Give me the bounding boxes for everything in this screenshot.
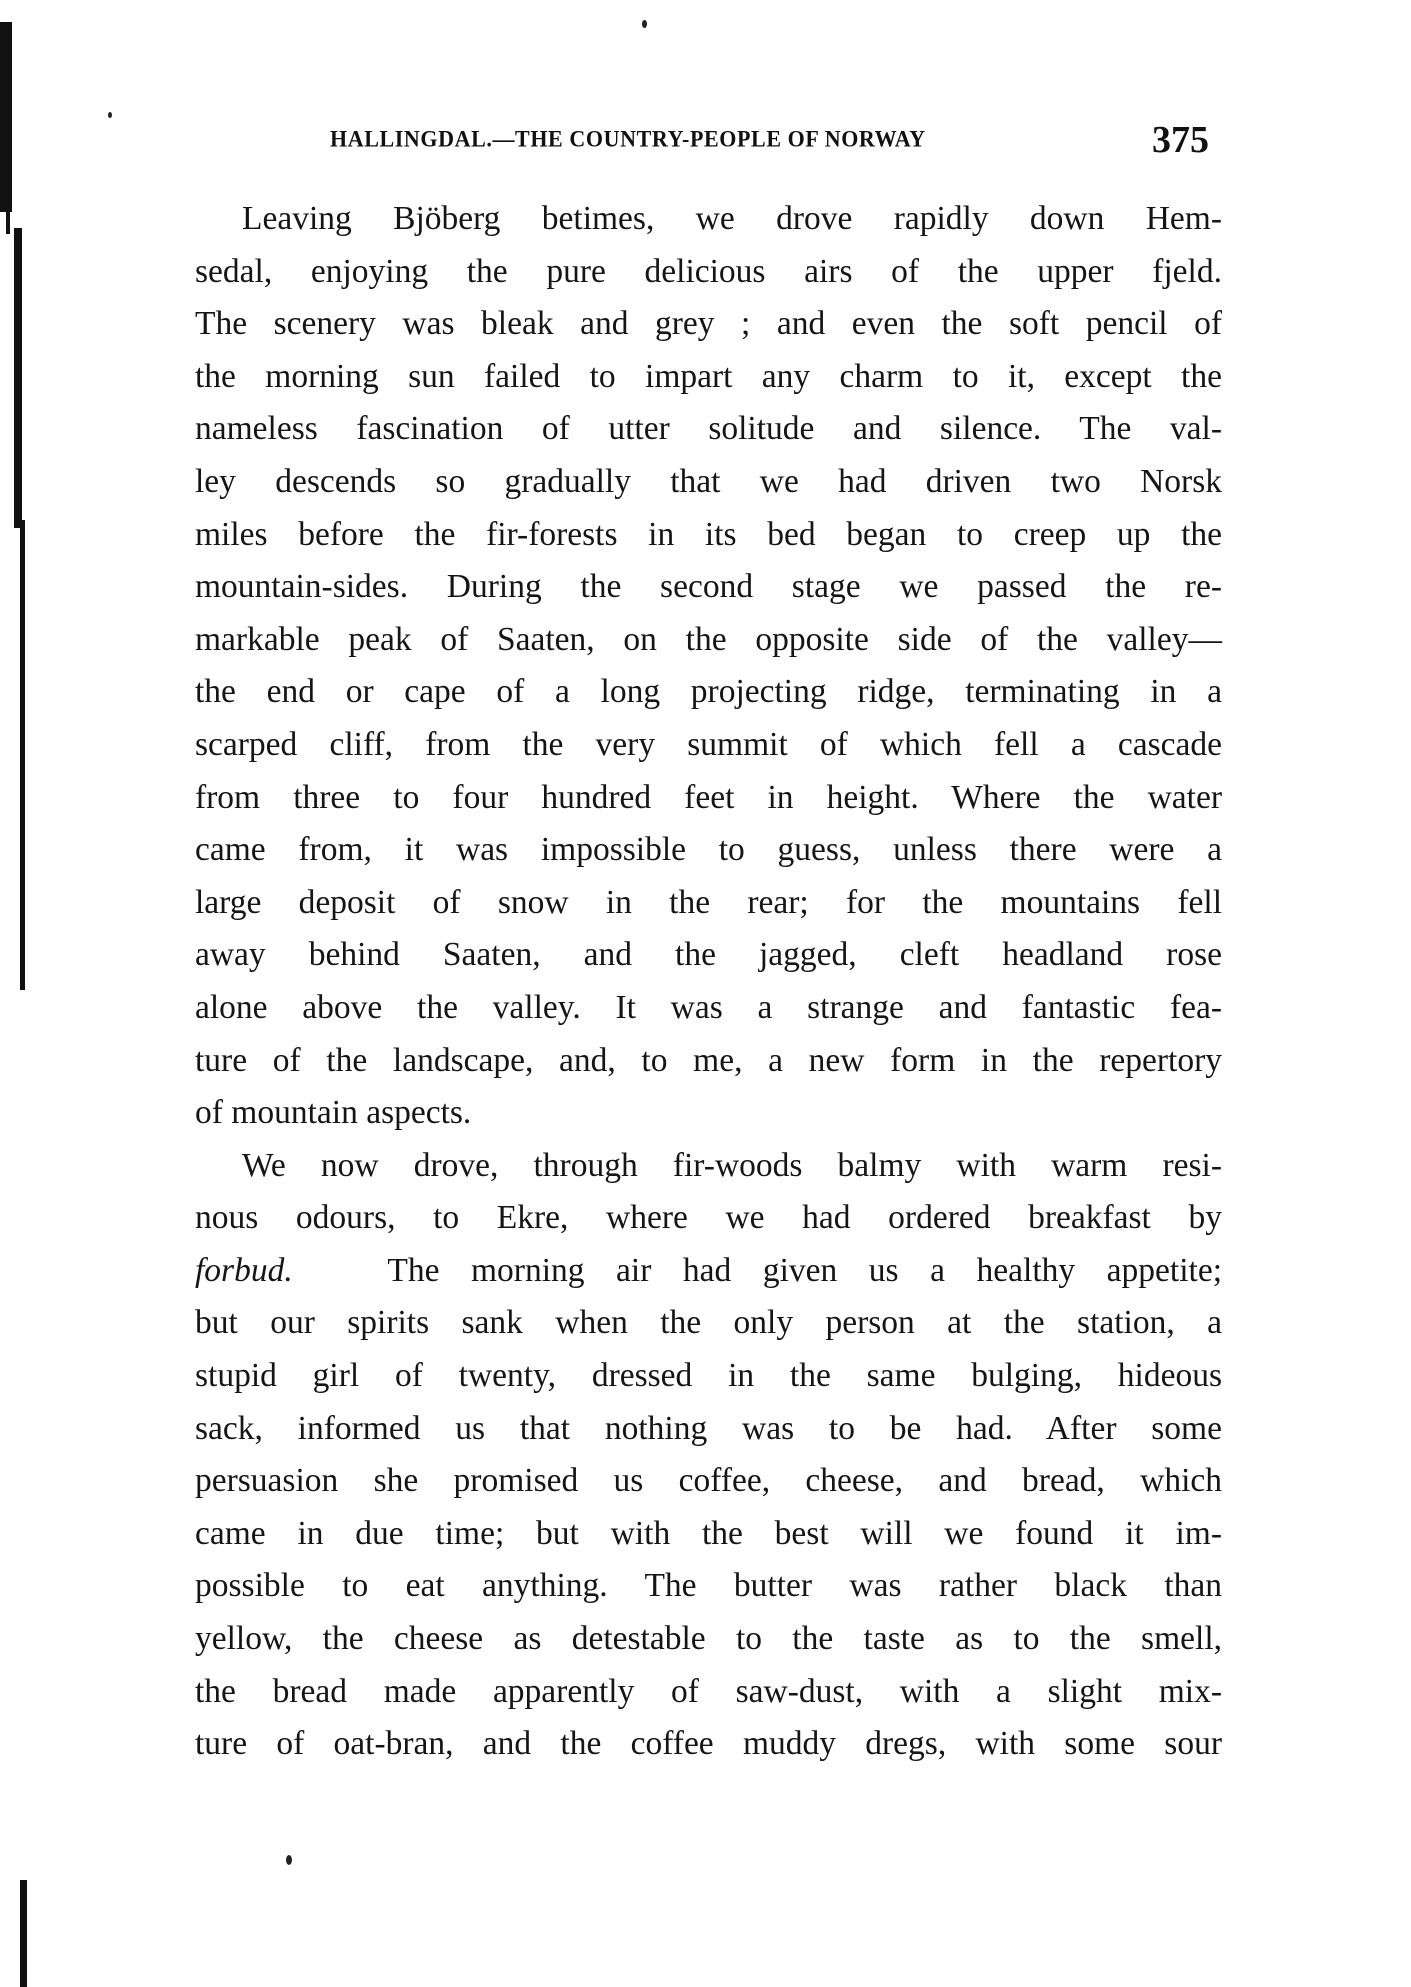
text-line: The scenery was bleak and grey ; and eve…: [195, 298, 1222, 351]
text-line: We now drove, through fir-woods balmy wi…: [195, 1140, 1222, 1193]
page-number: 375: [1152, 118, 1209, 162]
text-line: yellow, the cheese as detestable to the …: [195, 1613, 1222, 1666]
text-line-rest: The morning air had given us a healthy a…: [387, 1252, 1222, 1289]
text-line: Leaving Bjöberg betimes, we drove rapidl…: [195, 193, 1222, 246]
text-line: persuasion she promised us coffee, chees…: [195, 1455, 1222, 1508]
text-line: came in due time; but with the best will…: [195, 1508, 1222, 1561]
text-line: came from, it was impossible to guess, u…: [195, 824, 1222, 877]
scan-binding-shadow: [6, 212, 10, 234]
text-line: the end or cape of a long projecting rid…: [195, 666, 1222, 719]
text-line: from three to four hundred feet in heigh…: [195, 772, 1222, 825]
text-line: nous odours, to Ekre, where we had order…: [195, 1192, 1222, 1245]
text-line: sedal, enjoying the pure delicious airs …: [195, 246, 1222, 299]
text-line: ley descends so gradually that we had dr…: [195, 456, 1222, 509]
text-line: ture of the landscape, and, to me, a new…: [195, 1035, 1222, 1088]
text-line-with-italic: forbud. The morning air had given us a h…: [195, 1245, 1222, 1298]
text-line: mountain-sides. During the second stage …: [195, 561, 1222, 614]
scan-binding-shadow: [20, 1880, 27, 1987]
text-line: but our spirits sank when the only perso…: [195, 1297, 1222, 1350]
text-line: ture of oat-bran, and the coffee muddy d…: [195, 1718, 1222, 1771]
text-line: markable peak of Saaten, on the opposite…: [195, 614, 1222, 667]
book-page: HALLINGDAL.—THE COUNTRY-PEOPLE OF NORWAY…: [0, 0, 1411, 1987]
text-line: the morning sun failed to impart any cha…: [195, 351, 1222, 404]
scan-binding-shadow: [0, 22, 12, 212]
text-line: scarped cliff, from the very summit of w…: [195, 719, 1222, 772]
scan-speck: [286, 1855, 292, 1865]
text-line: away behind Saaten, and the jagged, clef…: [195, 929, 1222, 982]
scan-speck: [108, 112, 112, 118]
italic-word: forbud.: [195, 1252, 293, 1289]
scan-binding-shadow: [14, 228, 22, 528]
text-line: nameless fascination of utter solitude a…: [195, 403, 1222, 456]
text-line: alone above the valley. It was a strange…: [195, 982, 1222, 1035]
scan-speck: [642, 20, 647, 28]
text-line: miles before the fir-forests in its bed …: [195, 509, 1222, 562]
text-line: possible to eat anything. The butter was…: [195, 1560, 1222, 1613]
text-line: large deposit of snow in the rear; for t…: [195, 877, 1222, 930]
text-line: sack, informed us that nothing was to be…: [195, 1403, 1222, 1456]
scan-binding-shadow: [20, 520, 25, 990]
text-line: the bread made apparently of saw-dust, w…: [195, 1666, 1222, 1719]
body-text: Leaving Bjöberg betimes, we drove rapidl…: [195, 193, 1222, 1771]
running-head: HALLINGDAL.—THE COUNTRY-PEOPLE OF NORWAY: [330, 125, 926, 152]
text-line: of mountain aspects.: [195, 1087, 1222, 1140]
text-line: stupid girl of twenty, dressed in the sa…: [195, 1350, 1222, 1403]
